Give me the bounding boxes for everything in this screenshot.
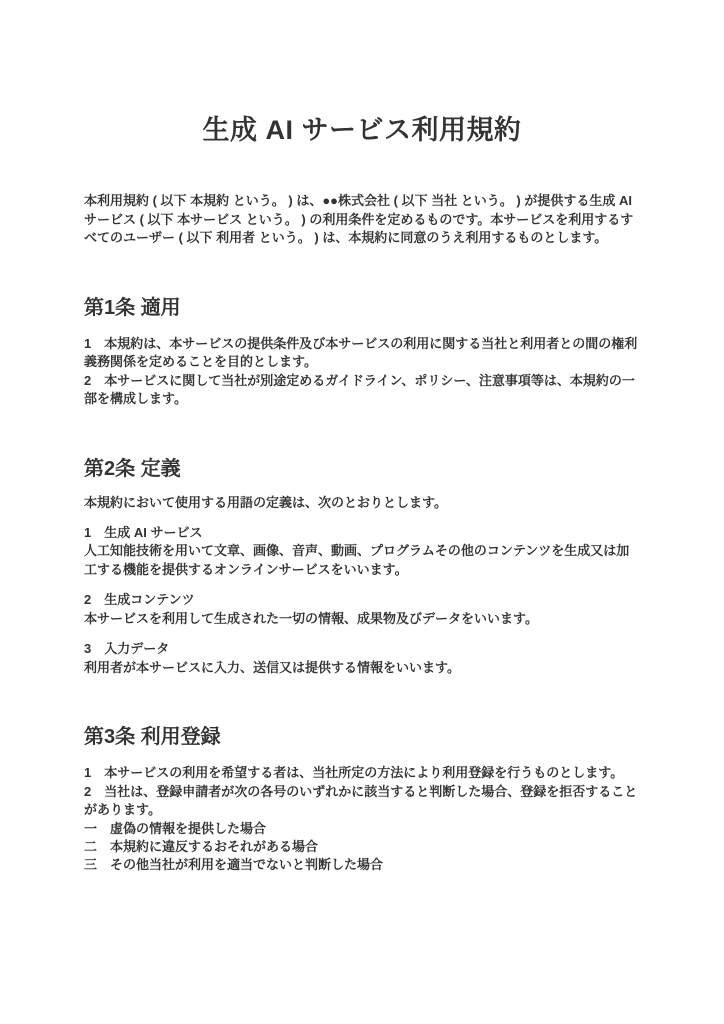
- article-1-heading: 第1条 適用: [84, 294, 640, 322]
- definition-3-term: 3 入力データ: [84, 640, 640, 658]
- article-1-clause-2: 2 本サービスに関して当社が別途定めるガイドライン、ポリシー、注意事項等は、本規…: [84, 372, 640, 409]
- article-1-clause-1: 1 本規約は、本サービスの提供条件及び本サービスの利用に関する当社と利用者との間…: [84, 335, 640, 372]
- article-3-clause-2: 2 当社は、登録申請者が次の各号のいずれかに該当すると判断した場合、登録を拒否す…: [84, 783, 640, 820]
- article-2-heading: 第2条 定義: [84, 455, 640, 483]
- article-3-clauses: 1 本サービスの利用を希望する者は、当社所定の方法により利用登録を行うものとしま…: [84, 764, 640, 875]
- definition-generative-ai-service: 1 生成 AI サービス 人工知能技術を用いて文章、画像、音声、動画、プログラム…: [84, 524, 640, 579]
- definition-2-term: 2 生成コンテンツ: [84, 591, 640, 609]
- definition-input-data: 3 入力データ 利用者が本サービスに入力、送信又は提供する情報をいいます。: [84, 640, 640, 677]
- section-article-3: 第3条 利用登録 1 本サービスの利用を希望する者は、当社所定の方法により利用登…: [84, 723, 640, 875]
- article-3-item-2: 二 本規約に違反するおそれがある場合: [84, 838, 640, 856]
- document-page: 生成 AI サービス利用規約 本利用規約 ( 以下 本規約 という。 ) は、●…: [0, 0, 724, 1024]
- article-3-clause-1: 1 本サービスの利用を希望する者は、当社所定の方法により利用登録を行うものとしま…: [84, 764, 640, 782]
- definition-3-body: 利用者が本サービスに入力、送信又は提供する情報をいいます。: [84, 659, 640, 677]
- article-3-item-3: 三 その他当社が利用を適当でないと判断した場合: [84, 856, 640, 874]
- intro-paragraph: 本利用規約 ( 以下 本規約 という。 ) は、●●株式会社 ( 以下 当社 と…: [84, 192, 640, 247]
- document-title: 生成 AI サービス利用規約: [84, 114, 640, 146]
- definition-1-term: 1 生成 AI サービス: [84, 524, 640, 542]
- section-article-1: 第1条 適用 1 本規約は、本サービスの提供条件及び本サービスの利用に関する当社…: [84, 294, 640, 409]
- definition-generated-content: 2 生成コンテンツ 本サービスを利用して生成された一切の情報、成果物及びデータを…: [84, 591, 640, 628]
- article-3-heading: 第3条 利用登録: [84, 723, 640, 751]
- definition-2-body: 本サービスを利用して生成された一切の情報、成果物及びデータをいいます。: [84, 610, 640, 628]
- article-3-item-1: 一 虚偽の情報を提供した場合: [84, 820, 640, 838]
- article-2-lead: 本規約において使用する用語の定義は、次のとおりとします。: [84, 494, 640, 512]
- article-1-clauses: 1 本規約は、本サービスの提供条件及び本サービスの利用に関する当社と利用者との間…: [84, 335, 640, 409]
- definition-1-body: 人工知能技術を用いて文章、画像、音声、動画、プログラムその他のコンテンツを生成又…: [84, 542, 640, 579]
- section-article-2: 第2条 定義 本規約において使用する用語の定義は、次のとおりとします。 1 生成…: [84, 455, 640, 678]
